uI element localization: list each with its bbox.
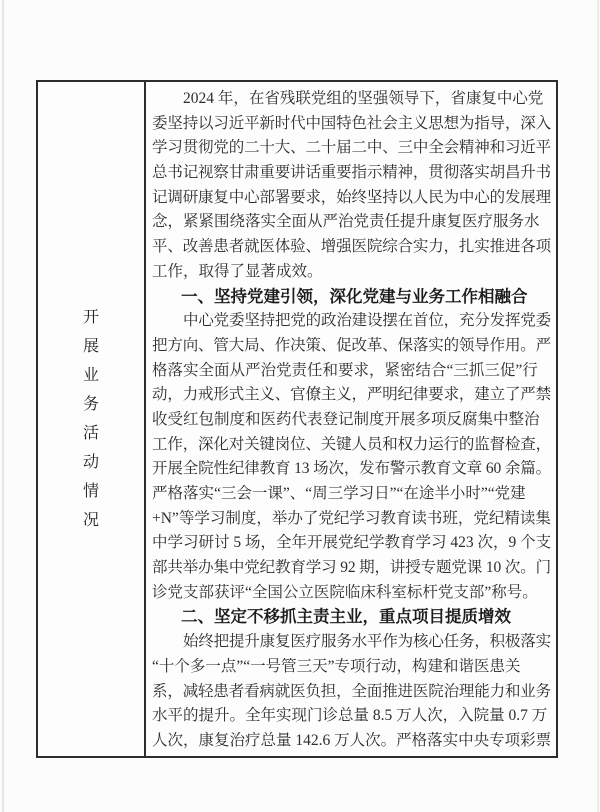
text-line: 开展全院性纪律教育 13 场次，发布警示教育文章 60 余篇。 — [152, 457, 551, 482]
vertical-label-char: 展 — [83, 339, 99, 355]
text-line: 始终把提升康复医疗服务水平作为核心任务，积极落实 — [152, 630, 551, 655]
text-line: 人次，康复治疗总量 142.6 万人次。严格落实中央专项彩票 — [152, 729, 551, 754]
vertical-label-char: 活 — [83, 426, 99, 442]
scan-edge-right — [597, 0, 599, 812]
text-line: 部共举办集中党纪教育学习 92 期，讲授专题党课 10 次。门 — [152, 556, 551, 581]
text-line: 总书记视察甘肃重要讲话重要指示精神，贯彻落实胡昌升书 — [152, 161, 551, 186]
text-line: 工作，取得了显著成效。 — [152, 260, 551, 285]
text-line: 念，紧紧围绕落实全面从严治党责任提升康复医疗服务水 — [152, 210, 551, 235]
text-line: 格落实全面从严治党责任和要求，紧密结合“三抓三促”行 — [152, 359, 551, 384]
text-line: 平、改善患者就医体验、增强医院综合实力，扎实推进各项 — [152, 235, 551, 260]
section-heading: 一、坚持党建引领，深化党建与业务工作相融合 — [152, 285, 551, 310]
vertical-label-char: 开 — [83, 310, 99, 326]
text-line: 中心党委坚持把党的政治建设摆在首位，充分发挥党委 — [152, 309, 551, 334]
vertical-label-char: 动 — [83, 455, 99, 471]
text-line: 严格落实“三会一课”、“周三学习日”“在途半小时”“党建 — [152, 482, 551, 507]
text-line: 中学习研讨 5 场，全年开展党纪学教育学习 423 次，9 个支 — [152, 531, 551, 556]
text-line: 水平的提升。全年实现门诊总量 8.5 万人次，入院量 0.7 万 — [152, 704, 551, 729]
scan-edge-left — [2, 0, 4, 812]
report-content-cell: 2024 年，在省残联党组的坚强领导下，省康复中心党 委坚持以习近平新时代中国特… — [146, 82, 556, 756]
text-line: 诊党支部获评“全国公立医院临床科室标杆党支部”称号。 — [152, 581, 551, 606]
text-line: 动，力戒形式主义、官僚主义，严明纪律要求，建立了严禁 — [152, 383, 551, 408]
text-line: 委坚持以习近平新时代中国特色社会主义思想为指导，深入 — [152, 112, 551, 137]
text-line: 2024 年，在省残联党组的坚强领导下，省康复中心党 — [152, 87, 551, 112]
activity-label-cell: 开 展 业 务 活 动 情 况 — [38, 82, 146, 756]
vertical-label-char: 务 — [83, 397, 99, 413]
text-line: “十个多一点”“一号管三天”专项行动，构建和谐医患关 — [152, 655, 551, 680]
text-line: 记调研康复中心部署要求，始终坚持以人民为中心的发展理 — [152, 186, 551, 211]
text-line: 学习贯彻党的二十大、二十届二中、三中全会精神和习近平 — [152, 136, 551, 161]
vertical-label-char: 情 — [83, 484, 99, 500]
text-line: 工作，深化对关键岗位、关键人员和权力运行的监督检查， — [152, 433, 551, 458]
form-table: 开 展 业 务 活 动 情 况 2024 年，在省残联党组的坚强领导下，省康复中… — [36, 80, 558, 758]
vertical-label-char: 况 — [83, 513, 99, 529]
text-line: 收受红包制度和医药代表登记制度开展多项反腐集中整治 — [152, 408, 551, 433]
text-line: 系，减轻患者看病就医负担，全面推进医院治理能力和业务 — [152, 680, 551, 705]
text-line: +N”等学习制度，举办了党纪学习教育读书班，党纪精读集 — [152, 507, 551, 532]
vertical-label-char: 业 — [83, 368, 99, 384]
section-heading: 二、坚定不移抓主责主业，重点项目提质增效 — [152, 605, 551, 630]
text-line: 把方向、管大局、作决策、促改革、保落实的领导作用。严 — [152, 334, 551, 359]
